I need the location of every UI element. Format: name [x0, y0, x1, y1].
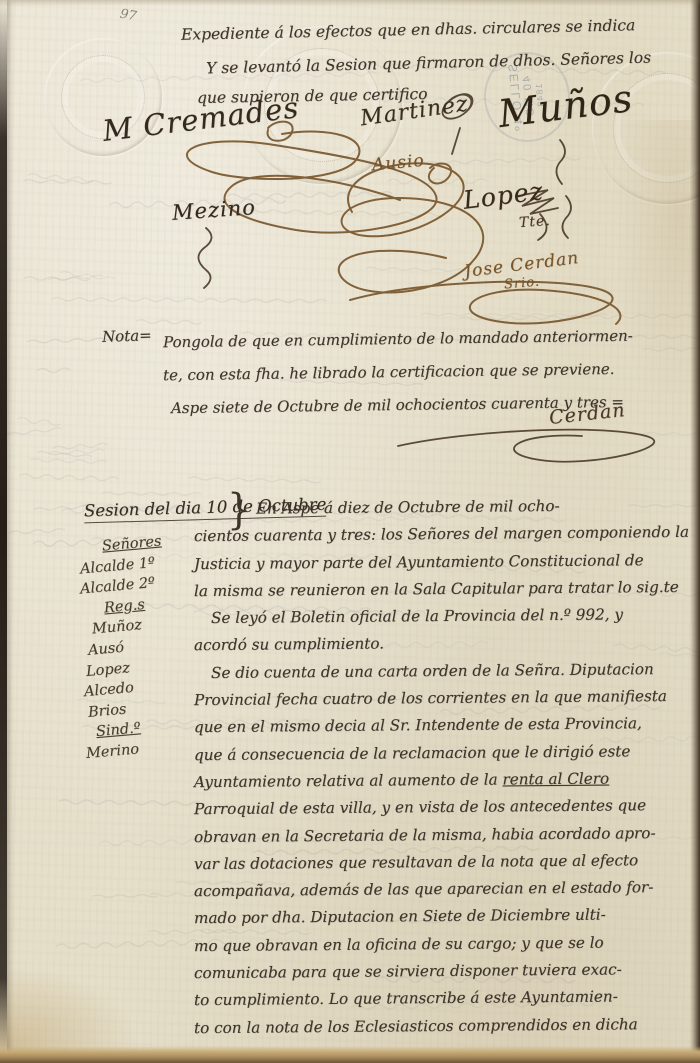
- signature-merino: Mezino: [171, 195, 256, 225]
- manuscript-page: SELLO 4º 40 MS 1843 97 Expediente á los …: [0, 0, 700, 1063]
- body-line: que en el mismo decia al Sr. Intendente …: [194, 710, 686, 742]
- scan-edge-left: [0, 0, 7, 1063]
- body-line-underlined-segment: renta al Clero: [502, 769, 609, 788]
- body-line-segment: Ayuntamiento relativa al aumento de la: [194, 770, 503, 791]
- scan-edge-right: [690, 0, 700, 1063]
- closing-line: Expediente á los efectos que en dhas. ci…: [181, 16, 636, 44]
- body-line: Parroquial de esta villa, y en vista de …: [194, 792, 686, 824]
- body-line: mado por dha. Diputacion en Siete de Dic…: [194, 901, 686, 933]
- body-line: que á consecuencia de la reclamacion que…: [194, 738, 686, 770]
- nota-label: Nota=: [102, 326, 152, 346]
- signature-cerdan-title: Srio.: [503, 274, 540, 292]
- body-line: to con la nota de los Eclesiasticos comp…: [194, 1010, 686, 1042]
- folio-number: 97: [119, 7, 138, 25]
- body-line: cientos cuarenta y tres: los Señores del…: [194, 519, 686, 551]
- body-line: mo que obravan en la oficina de su cargo…: [194, 929, 686, 961]
- corner-stain: [0, 965, 140, 1055]
- body-line: Se dio cuenta de una carta orden de la S…: [194, 656, 686, 688]
- signature-auso: Ausio: [371, 151, 425, 176]
- body-line: Justicia y mayor parte del Ayuntamiento …: [194, 546, 686, 578]
- body-line: obravan en la Secretaria de la misma, ha…: [194, 819, 686, 851]
- session-body: En Aspe á diez de Octubre de mil ocho- c…: [194, 494, 686, 1040]
- body-line: acordó su cumplimiento.: [194, 628, 686, 660]
- margin-attendee-list: Señores Alcalde 1º Alcalde 2º Reg.s Muño…: [80, 535, 162, 762]
- scan-edge-top: [0, 0, 700, 6]
- body-line: to cumplimiento. Lo que transcribe á est…: [194, 983, 686, 1015]
- signature-lopez-title: Tte.: [518, 213, 551, 231]
- signature-lopez: Lopez: [462, 176, 546, 215]
- scan-edge-bottom: [0, 1046, 700, 1063]
